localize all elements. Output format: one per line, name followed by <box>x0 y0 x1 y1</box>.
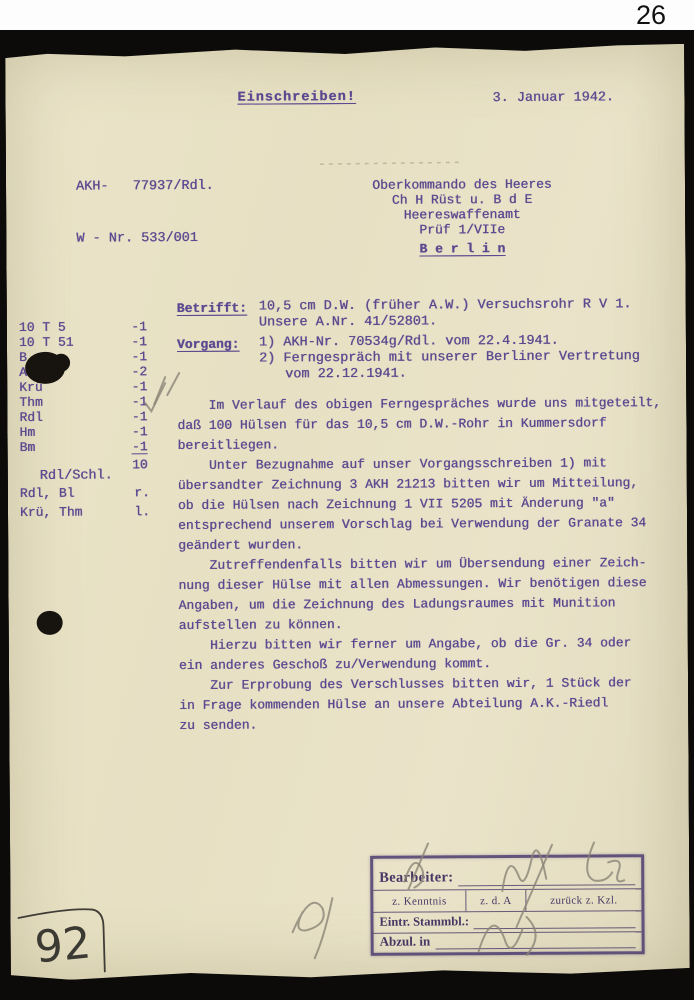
reference-item-continuation: vom 22.12.1941. <box>285 367 407 383</box>
faint-erased-line <box>320 162 462 164</box>
body-line: Hierzu bitten wir ferner um Angabe, ob d… <box>179 633 663 656</box>
distribution-note: Rdl/Schl. <box>40 468 113 483</box>
reference-item: 1) AKH-Nr. 70534g/Rdl. vom 22.4.1941. <box>259 334 559 351</box>
kenntnis-cell: z. Kenntnis <box>373 890 465 912</box>
distribution-label: Rdl <box>19 410 42 425</box>
distribution-count: -1 <box>132 439 148 454</box>
distribution-row: Hm -1 <box>19 424 147 440</box>
stammblatt-label: Eintr. Stammbl.: <box>379 914 469 930</box>
stamp-checkbox-row: z. Kenntnis z. d. A zurück z. Kzl. <box>373 888 641 912</box>
distribution-label: Krü <box>19 380 42 395</box>
recipient-line: Oberkommando des Heeres <box>356 177 568 193</box>
body-line: in Frage kommenden Hülse an unsere Abtei… <box>179 693 663 716</box>
distribution-count: -1 <box>132 379 148 394</box>
pencil-checkmark <box>145 373 179 411</box>
distribution-row: Bm -1 <box>20 439 148 455</box>
letter-body: Im Verlauf des obigen Ferngespräches wur… <box>177 393 663 736</box>
sender-reference-wnr: W - Nr. 533/001 <box>76 231 198 247</box>
distribution-label: 10 T 5 <box>19 320 66 335</box>
recipient-line: Ch H Rüst u. B d E <box>356 192 568 208</box>
distribution-count: -1 <box>132 394 148 409</box>
subject-line: Unsere A.Nr. 41/52801. <box>259 314 437 330</box>
bearbeiter-fill-line <box>458 872 635 886</box>
stamp-bearbeiter-row: Bearbeiter: <box>373 857 641 890</box>
subject-line: 10,5 cm D.W. (früher A.W.) Versuchsrohr … <box>259 297 632 314</box>
recipient-city: B e r l i n <box>356 241 568 257</box>
document-paper: Einschreiben! 3. Januar 1942. AKH- 77937… <box>5 44 690 980</box>
scan-background: Einschreiben! 3. Januar 1942. AKH- 77937… <box>0 30 694 1000</box>
signer-names: Rdl, Bl <box>20 486 75 505</box>
distribution-count: -1 <box>132 424 148 439</box>
stamp-stammblatt-row: Eintr. Stammbl.: <box>373 910 641 933</box>
office-routing-stamp: Bearbeiter: z. Kenntnis z. d. A zurück z… <box>370 854 645 956</box>
pencil-signature-left <box>292 898 332 958</box>
distribution-label: Bm <box>20 440 36 455</box>
abzul-fill-line <box>435 935 635 949</box>
body-line: daß 100 Hülsen für das 10,5 cm D.W.-Rohr… <box>177 413 661 436</box>
distribution-count: -1 <box>131 334 147 349</box>
signer-mark: l. <box>134 504 150 523</box>
distribution-row: 10 T 51 -1 <box>19 334 147 350</box>
scanned-document-page: 26 Einschreiben! 3. Januar 1942. AKH- 77… <box>0 0 694 1000</box>
folio-number: 92 <box>33 917 94 973</box>
recipient-address-block: Oberkommando des Heeres Ch H Rüst u. B d… <box>356 177 568 257</box>
signer-row: Rdl, Bl r. <box>20 485 150 505</box>
sender-reference-akh: AKH- 77937/Rdl. <box>76 179 214 195</box>
signer-names: Krü, Thm <box>20 505 83 524</box>
reference-item: 2) Ferngespräch mit unserer Berliner Ver… <box>259 349 640 366</box>
distribution-label: B <box>19 350 27 365</box>
distribution-label: 10 T 51 <box>19 335 74 350</box>
kzl-cell: zurück z. Kzl. <box>525 889 641 911</box>
abzul-label: Abzul. in <box>380 934 431 950</box>
archive-page-number: 26 <box>636 0 666 30</box>
distribution-list: 10 T 5 -1 10 T 51 -1 B -1 A -2 Krü -1 <box>19 319 148 473</box>
folio-number-group: 92 <box>18 909 104 973</box>
recipient-line: Prüf 1/VIIe <box>356 222 568 238</box>
distribution-row: B -1 <box>19 349 147 365</box>
body-line: zu senden. <box>179 713 663 736</box>
subject-label: Betrifft: <box>177 301 247 316</box>
body-line: entsprechend unserem Vorschlag bei Verwe… <box>178 513 662 536</box>
signer-mark: r. <box>134 485 150 504</box>
stamp-abzul-row: Abzul. in <box>374 931 642 953</box>
distribution-count: -1 <box>132 409 148 424</box>
recipient-line: Heereswaffenamt <box>356 207 568 223</box>
signer-row: Krü, Thm l. <box>20 504 150 524</box>
registered-mail-label: Einschreiben! <box>237 90 355 106</box>
reference-label: Vorgang: <box>177 337 240 352</box>
scan-top-strip: 26 <box>0 0 694 30</box>
zda-cell: z. d. A <box>465 890 525 911</box>
distribution-count: -1 <box>131 319 147 334</box>
distribution-row: Rdl -1 <box>19 409 147 425</box>
distribution-label: Thm <box>19 395 42 410</box>
distribution-row: 10 T 5 -1 <box>19 319 147 335</box>
distribution-row: Krü -1 <box>19 379 147 395</box>
document-date: 3. Januar 1942. <box>492 90 614 106</box>
distribution-count: -1 <box>131 349 147 364</box>
distribution-label: Hm <box>19 425 35 440</box>
signer-list: Rdl, Bl r. Krü, Thm l. <box>20 485 150 524</box>
body-line: Angaben, um die Zeichnung des Ladungsrau… <box>179 593 663 616</box>
distribution-count: -2 <box>131 364 147 379</box>
punch-hole-bottom <box>37 611 63 635</box>
pen-bracket-line <box>18 909 104 972</box>
distribution-label: A <box>19 365 27 380</box>
stammblatt-fill-line <box>474 915 636 929</box>
distribution-total: 10 <box>132 457 148 472</box>
distribution-row: Thm -1 <box>19 394 147 410</box>
distribution-row: A -2 <box>19 364 147 380</box>
bearbeiter-label: Bearbeiter: <box>379 869 453 886</box>
